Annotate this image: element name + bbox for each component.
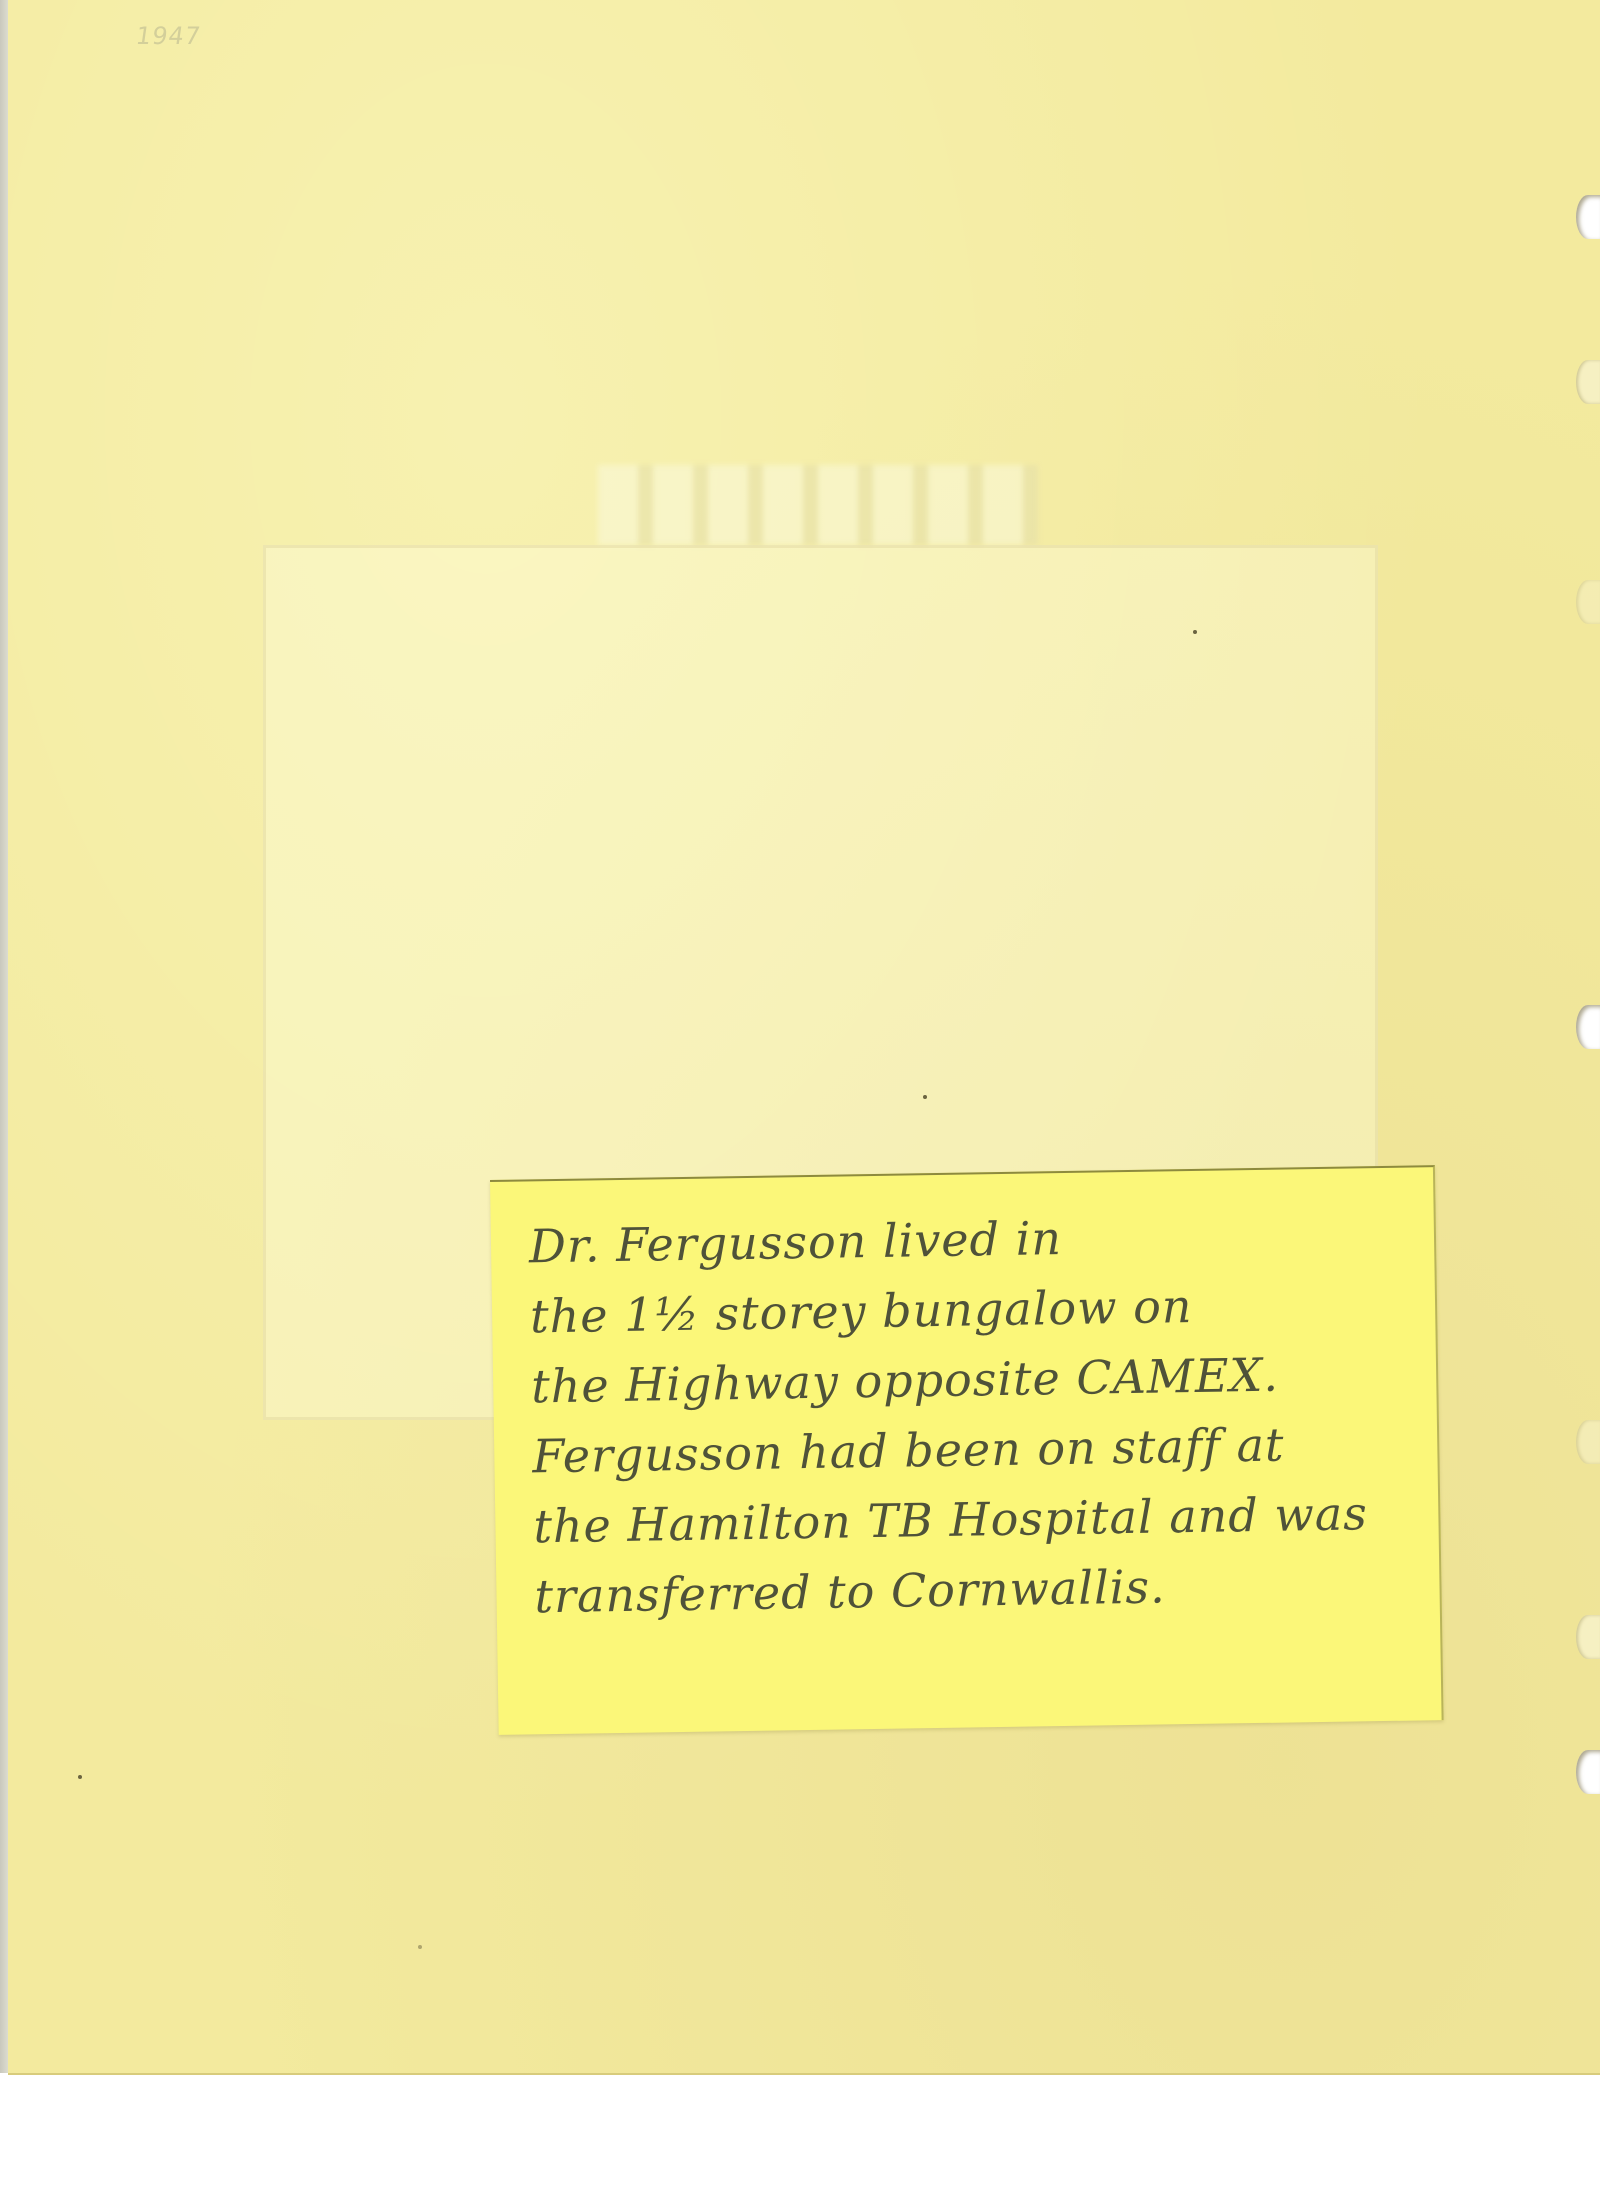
handwritten-note: Dr. Fergusson lived in the 1½ storey bun… — [528, 1198, 1414, 1632]
binder-hole-icon — [1576, 1750, 1600, 1794]
speck — [78, 1775, 82, 1779]
album-page: 1947 Dr. Fergusson lived in the 1½ store… — [8, 0, 1600, 2075]
sticky-note: Dr. Fergusson lived in the 1½ storey bun… — [490, 1165, 1444, 1735]
pencil-mark: 1947 — [134, 22, 203, 50]
speck — [1193, 630, 1197, 634]
scan-margin — [0, 2075, 1600, 2200]
speck — [418, 1945, 422, 1949]
speck — [923, 1095, 927, 1099]
binder-hole-icon — [1576, 360, 1600, 404]
binder-hole-icon — [1576, 1005, 1600, 1049]
scan-edge-shadow — [0, 0, 8, 2073]
binder-hole-icon — [1576, 1420, 1600, 1464]
note-line: the Hamilton TB Hospital and was — [533, 1478, 1414, 1562]
tape-residue — [598, 465, 1038, 545]
note-line: transferred to Cornwallis. — [534, 1548, 1415, 1632]
binder-hole-icon — [1576, 195, 1600, 239]
binder-hole-icon — [1576, 580, 1600, 624]
binder-hole-icon — [1576, 1615, 1600, 1659]
